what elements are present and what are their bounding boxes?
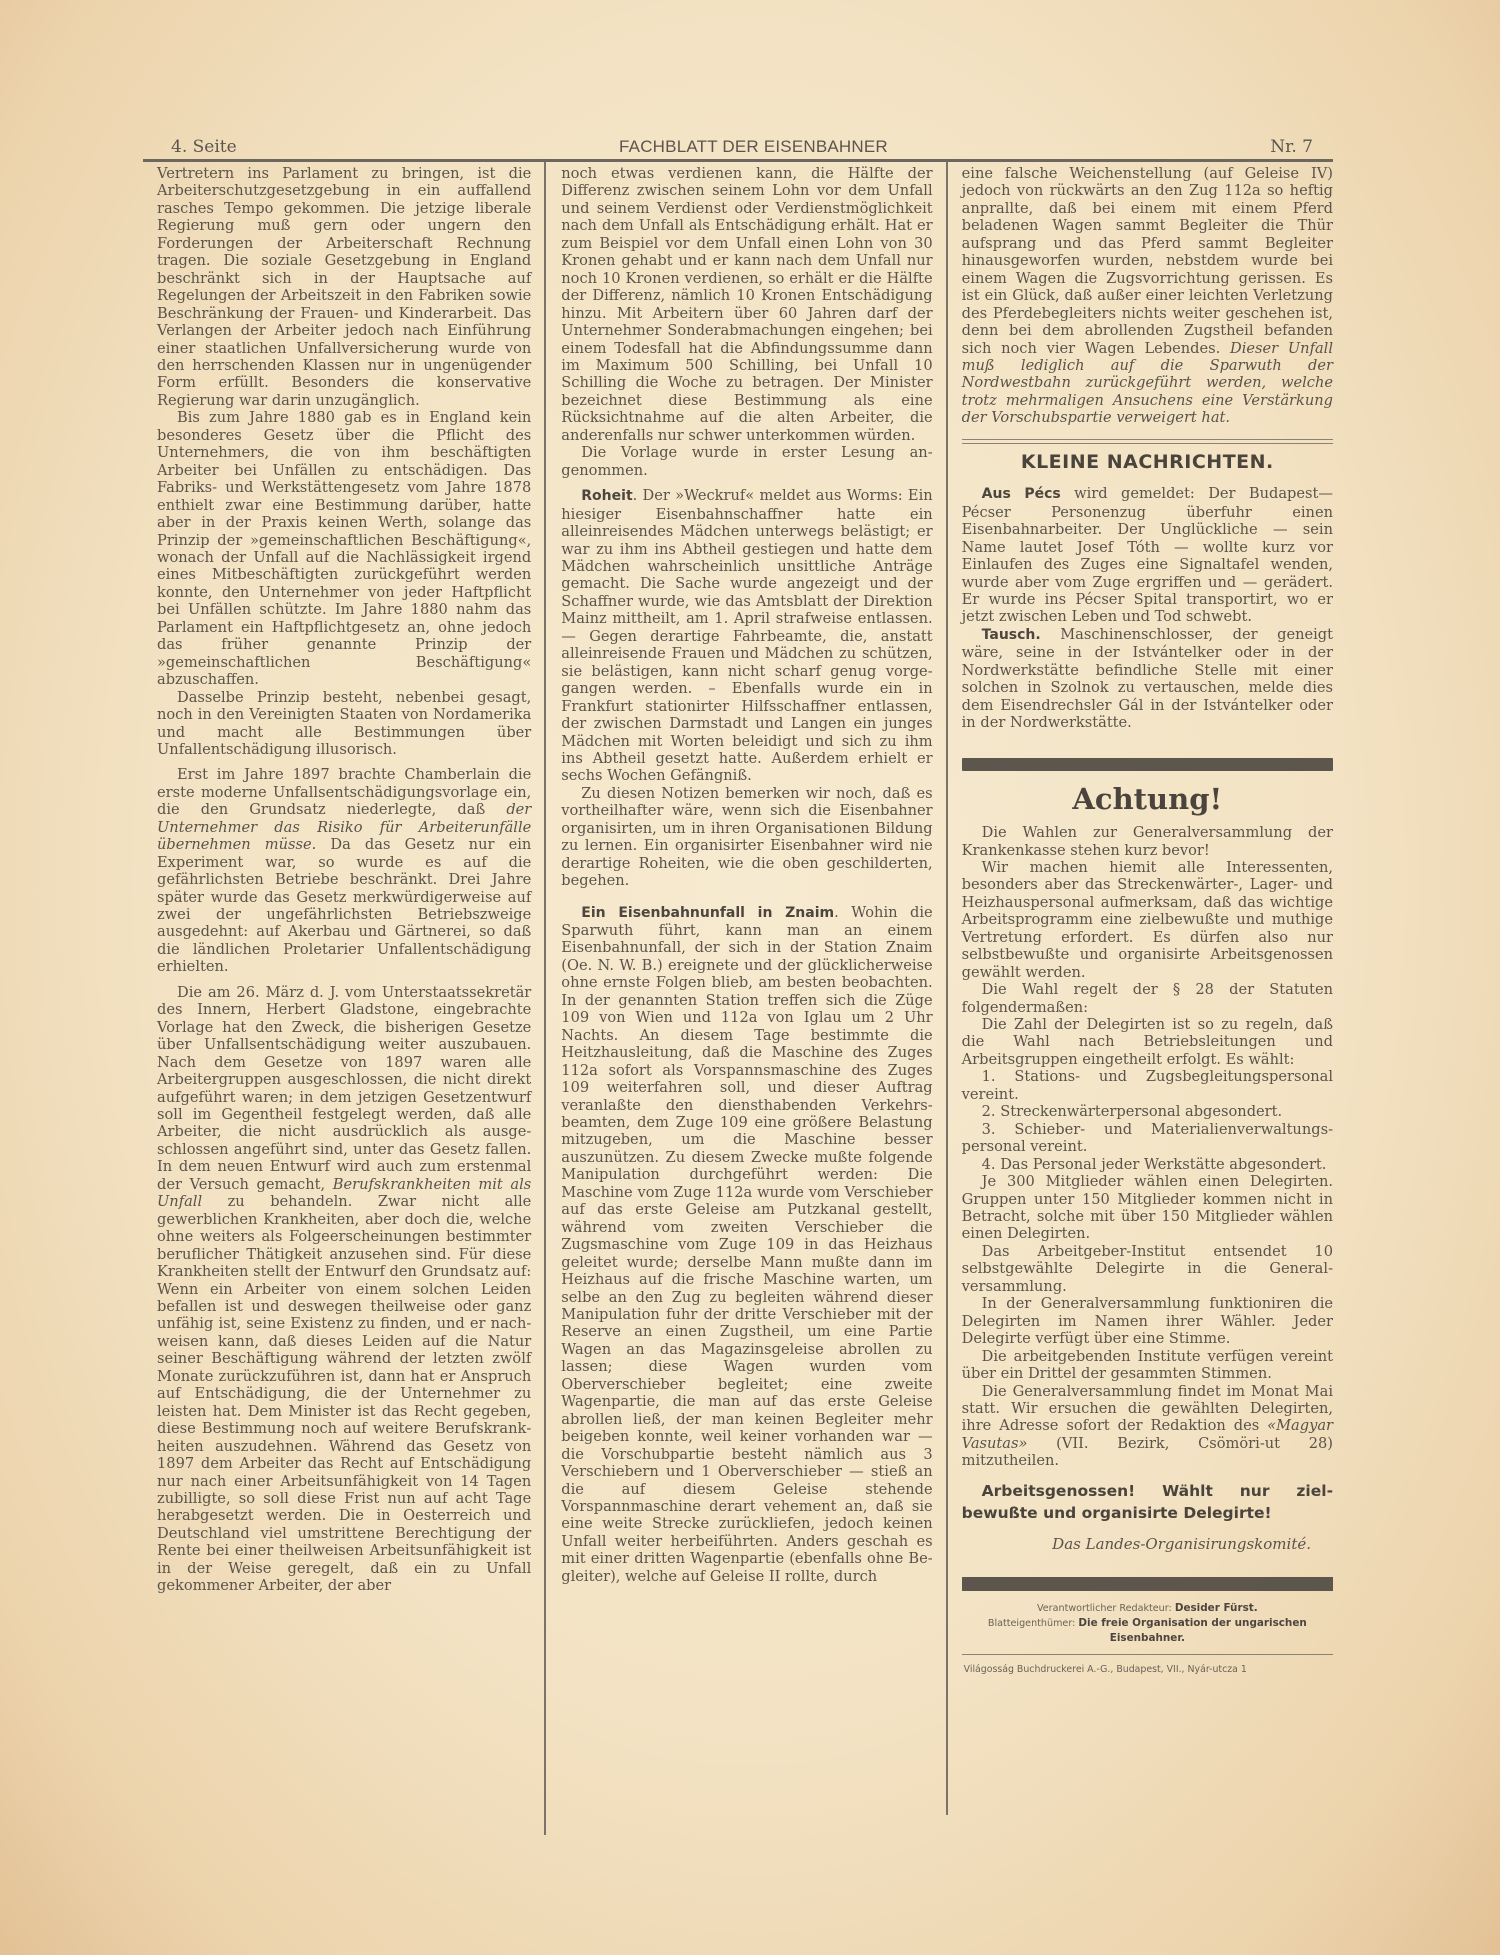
signature: Das Landes-Organisirungskomité. (962, 1536, 1311, 1553)
article-paragraph: noch etwas verdienen kann, die Hälfte de… (561, 165, 932, 444)
divider (962, 1654, 1333, 1655)
list-item: 4. Das Personal jeder Werkstätte abge­so… (962, 1156, 1333, 1173)
column-1: Vertretern ins Parlament zu bringen, ist… (143, 162, 546, 1835)
issue-number: Nr. 7 (1270, 137, 1313, 157)
article-paragraph: Erst im Jahre 1897 brachte Chamberlain d… (157, 766, 531, 975)
notice-paragraph: Je 300 Mitglieder wählen einen Dele­girt… (962, 1173, 1333, 1243)
news-item-lead: Aus Pécs (982, 486, 1061, 502)
news-item-lead: Roheit (581, 488, 632, 504)
black-divider-bar (962, 758, 1333, 771)
section-heading-kleine-nachrichten: KLEINE NACHRICHTEN. (962, 454, 1333, 471)
news-item-tausch: Tausch. Maschinenschlosser, der geneigt … (962, 626, 1333, 732)
news-item-znaim: Ein Eisenbahnunfall in Znaim. Wo­hin die… (561, 904, 932, 1586)
printer-line: Világosság Buchdruckerei A.-G., Budapest… (962, 1661, 1333, 1678)
column-2: noch etwas verdienen kann, die Hälfte de… (546, 162, 947, 1815)
editor-name: Desider Fürst. (1175, 1602, 1258, 1614)
news-item-pecs: Aus Pécs wird gemeldet: Der Buda­pest—Pé… (962, 485, 1333, 626)
section-divider (962, 439, 1333, 444)
notice-paragraph: Die arbeitgebenden Institute verfügen ve… (962, 1348, 1333, 1383)
article-paragraph: eine falsche Weichenstellung (auf Geleis… (962, 165, 1333, 427)
news-item-lead: Tausch. (982, 627, 1041, 643)
list-item: 1. Stations- und Zugsbegleitungspersonal… (962, 1068, 1333, 1103)
notice-paragraph: Das Arbeitgeber-Institut entsendet 10 se… (962, 1243, 1333, 1295)
masthead-title: FACHBLATT DER EISENBAHNER (619, 137, 888, 157)
news-item-roheit: Roheit. Der »Weckruf« meldet aus Worms: … (561, 487, 932, 785)
article-paragraph: Zu diesen Notizen bemerken wir noch, daß… (561, 785, 932, 890)
black-divider-bar (962, 1577, 1333, 1591)
article-paragraph: Dasselbe Prinzip besteht, nebenbei ge­sa… (157, 689, 531, 759)
article-paragraph: Bis zum Jahre 1880 gab es in England kei… (157, 409, 531, 688)
notice-paragraph: Die Wahl regelt der § 28 der Statuten fo… (962, 981, 1333, 1016)
list-item: 3. Schieber- und Materialienverwaltungs­… (962, 1121, 1333, 1156)
page-number: 4. Seite (171, 137, 237, 157)
article-paragraph: Vertretern ins Parlament zu bringen, ist… (157, 165, 531, 409)
appeal-text: Arbeitsgenossen! Wählt nur ziel­bewußte … (962, 1480, 1333, 1524)
newspaper-page: 4. Seite FACHBLATT DER EISENBAHNER Nr. 7… (143, 133, 1333, 1835)
notice-paragraph: Die Generalversammlung findet im Monat M… (962, 1383, 1333, 1470)
article-paragraph: Die Vorlage wurde in erster Lesung an­ge… (561, 444, 932, 479)
article-paragraph: Die am 26. März d. J. vom Unterstaats­se… (157, 984, 531, 1595)
imprint: Verantwortlicher Redakteur: Desider Fürs… (962, 1601, 1333, 1646)
news-item-lead: Ein Eisenbahnunfall in Znaim (581, 905, 834, 921)
notice-paragraph: Die Wahlen zur Generalversammlung der Kr… (962, 824, 1333, 859)
notice-paragraph: Die Zahl der Delegirten ist so zu regeln… (962, 1016, 1333, 1068)
column-3: eine falsche Weichenstellung (auf Geleis… (948, 162, 1333, 1835)
running-header: 4. Seite FACHBLATT DER EISENBAHNER Nr. 7 (143, 133, 1333, 162)
owner-name: Die freie Organisation der ungarischen E… (1078, 1617, 1306, 1644)
notice-paragraph: Wir machen hiemit alle Interessenten, be… (962, 859, 1333, 981)
notice-paragraph: In der Generalversammlung funktioniren d… (962, 1295, 1333, 1347)
section-heading-achtung: Achtung! (962, 791, 1333, 808)
list-item: 2. Streckenwärterpersonal abgesondert. (962, 1103, 1333, 1120)
